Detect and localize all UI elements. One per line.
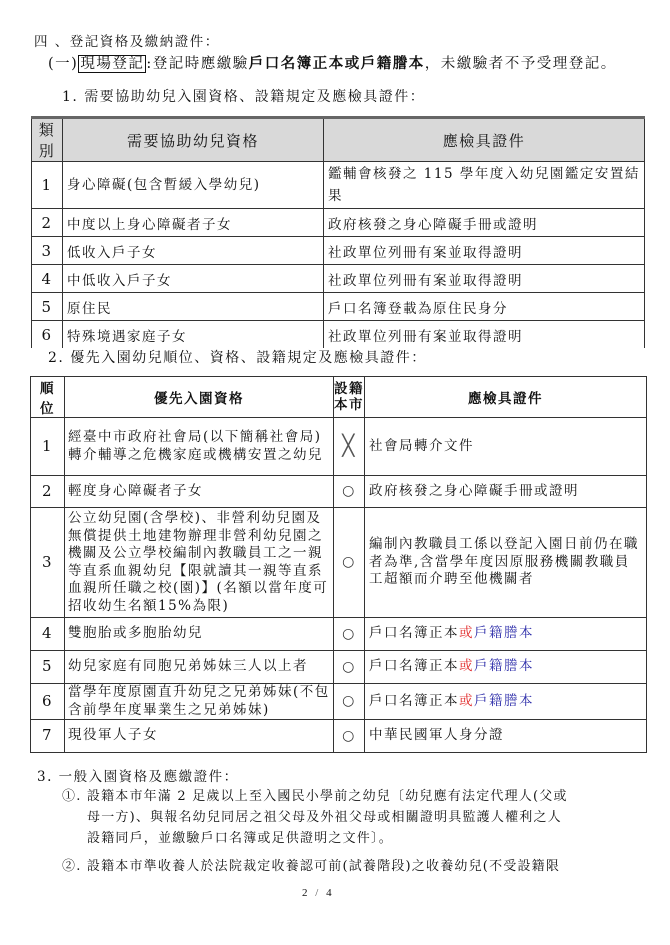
table-row: 5 幼兒家庭有同胞兄弟姊妹三人以上者 ○ 戶口名簿正本或戶籍謄本 bbox=[31, 651, 647, 684]
row-qualification: 中低收入戶子女 bbox=[63, 265, 324, 293]
row-documents: 社會局轉介文件 bbox=[365, 418, 647, 476]
row-documents: 戶口名簿正本或戶籍謄本 bbox=[365, 618, 647, 651]
page-current: 2 bbox=[302, 887, 308, 899]
row-documents: 中華民國軍人身分證 bbox=[365, 720, 647, 753]
row-num: 3 bbox=[32, 237, 63, 265]
row-num: 3 bbox=[31, 508, 65, 618]
general-item-1-line-3: 設籍同戶，並繳驗戶口名簿或足供證明之文件〕。 bbox=[87, 827, 393, 846]
row-documents: 政府核發之身心障礙手冊或證明 bbox=[365, 476, 647, 508]
required-circle-icon: ○ bbox=[342, 728, 356, 744]
page-separator: / bbox=[315, 887, 318, 899]
row-qualification: 低收入戶子女 bbox=[63, 237, 324, 265]
general-item-2-line-1: ②. 設籍本市準收養人於法院裁定收養認可前(試養階段)之收養幼兒(不受設籍限 bbox=[62, 855, 560, 874]
row-num: 2 bbox=[32, 209, 63, 237]
row-num: 5 bbox=[31, 651, 65, 684]
col-header-priority-qualification: 優先入園資格 bbox=[65, 377, 334, 418]
table-row: 4 雙胞胎或多胞胎幼兒 ○ 戶口名簿正本或戶籍謄本 bbox=[31, 618, 647, 651]
row-qualification: 當學年度原園直升幼兒之兄弟姊妹(不包含前學年度畢業生之兄弟姊妹) bbox=[65, 684, 334, 720]
required-circle-icon: ○ bbox=[342, 626, 356, 642]
table-row: 3 低收入戶子女 社政單位列冊有案並取得證明 bbox=[32, 237, 645, 265]
col-header-category: 類別 bbox=[32, 118, 63, 162]
general-item-1-line-1: ①. 設籍本市年滿 2 足歲以上至入國民小學前之幼兒〔幼兒應有法定代理人(父或 bbox=[62, 785, 568, 804]
col-header-qualification: 需要協助幼兒資格 bbox=[63, 118, 324, 162]
required-circle-icon: ○ bbox=[342, 554, 356, 570]
table-row: 3 公立幼兒園(含學校)、非營利幼兒園及無償提供土地建物辦理非營利幼兒園之機關及… bbox=[31, 508, 647, 618]
row-num: 2 bbox=[31, 476, 65, 508]
not-required-x-icon: ╳ bbox=[342, 433, 356, 457]
row-qualification: 身心障礙(包含暫緩入學幼兒) bbox=[63, 162, 324, 209]
row-documents: 戶口名簿登載為原住民身分 bbox=[324, 293, 645, 321]
col-header-documents: 應檢具證件 bbox=[324, 118, 645, 162]
row-qualification: 雙胞胎或多胞胎幼兒 bbox=[65, 618, 334, 651]
row-qualification: 原住民 bbox=[63, 293, 324, 321]
doc-household-register: 戶口名簿正本 bbox=[369, 625, 459, 641]
row-documents: 社政單位列冊有案並取得證明 bbox=[324, 321, 645, 349]
row-qualification: 輕度身心障礙者子女 bbox=[65, 476, 334, 508]
row-documents: 編制內教職員工係以登記入園日前仍在職者為準,含當學年度因原服務機關教職員工超額而… bbox=[365, 508, 647, 618]
doc-household-transcript: 戶籍謄本 bbox=[474, 658, 534, 674]
part2-title: 2. 優先入園幼兒順位、資格、設籍規定及應檢具證件： bbox=[48, 347, 427, 367]
row-num: 4 bbox=[31, 618, 65, 651]
row-documents: 社政單位列冊有案並取得證明 bbox=[324, 237, 645, 265]
assistance-qualification-table: 類別 需要協助幼兒資格 應檢具證件 1 身心障礙(包含暫緩入學幼兒) 鑑輔會核發… bbox=[31, 116, 645, 348]
col-header-documents: 應檢具證件 bbox=[365, 377, 647, 418]
subsection-text-b: ，未繳驗者不予受理登記。 bbox=[425, 56, 617, 72]
general-item-1-line-2: 母一方)、與報名幼兒同居之祖父母及外祖父母或相關證明具監護人權利之人 bbox=[87, 806, 562, 825]
row-documents: 政府核發之身心障礙手冊或證明 bbox=[324, 209, 645, 237]
row-qualification: 公立幼兒園(含學校)、非營利幼兒園及無償提供土地建物辦理非營利幼兒園之機關及公立… bbox=[65, 508, 334, 618]
row-num: 4 bbox=[32, 265, 63, 293]
section-heading: 四 、登記資格及繳納證件： bbox=[34, 30, 220, 50]
table-row: 6 當學年度原園直升幼兒之兄弟姊妹(不包含前學年度畢業生之兄弟姊妹) ○ 戶口名… bbox=[31, 684, 647, 720]
col-header-rank: 順位 bbox=[31, 377, 65, 418]
row-qualification: 幼兒家庭有同胞兄弟姊妹三人以上者 bbox=[65, 651, 334, 684]
row-qualification: 特殊境遇家庭子女 bbox=[63, 321, 324, 349]
row-num: 1 bbox=[31, 418, 65, 476]
subsection-required-docs: 戶口名簿正本或戶籍謄本 bbox=[249, 55, 425, 72]
subsection-text-a: :登記時應繳驗 bbox=[146, 56, 248, 72]
table-row: 6 特殊境遇家庭子女 社政單位列冊有案並取得證明 bbox=[32, 321, 645, 349]
priority-admission-table: 順位 優先入園資格 設籍本市 應檢具證件 1 經臺中市政府社會局(以下簡稱社會局… bbox=[30, 376, 647, 753]
required-circle-icon: ○ bbox=[342, 659, 356, 675]
row-qualification: 現役軍人子女 bbox=[65, 720, 334, 753]
row-documents: 戶口名簿正本或戶籍謄本 bbox=[365, 684, 647, 720]
required-circle-icon: ○ bbox=[342, 693, 356, 709]
row-qualification: 經臺中市政府社會局(以下簡稱社會局)轉介輔導之危機家庭或機構安置之幼兒 bbox=[65, 418, 334, 476]
table-row: 1 身心障礙(包含暫緩入學幼兒) 鑑輔會核發之 115 學年度入幼兒園鑑定安置結… bbox=[32, 162, 645, 209]
row-num: 6 bbox=[32, 321, 63, 349]
required-circle-icon: ○ bbox=[342, 483, 356, 499]
table-row: 2 中度以上身心障礙者子女 政府核發之身心障礙手冊或證明 bbox=[32, 209, 645, 237]
table-row: 7 現役軍人子女 ○ 中華民國軍人身分證 bbox=[31, 720, 647, 753]
row-num: 7 bbox=[31, 720, 65, 753]
part1-title: 1. 需要協助幼兒入園資格、設籍規定及應檢具證件： bbox=[62, 86, 425, 106]
row-qualification: 中度以上身心障礙者子女 bbox=[63, 209, 324, 237]
table-row: 1 經臺中市政府社會局(以下簡稱社會局)轉介輔導之危機家庭或機構安置之幼兒 ╳ … bbox=[31, 418, 647, 476]
doc-or: 或 bbox=[459, 693, 474, 709]
page-number: 2 / 4 bbox=[302, 887, 332, 899]
table-row: 5 原住民 戶口名簿登載為原住民身分 bbox=[32, 293, 645, 321]
page-total: 4 bbox=[326, 887, 332, 899]
row-documents: 鑑輔會核發之 115 學年度入幼兒園鑑定安置結果 bbox=[324, 162, 645, 209]
onsite-registration-label: 現場登記 bbox=[78, 55, 146, 73]
row-num: 6 bbox=[31, 684, 65, 720]
row-documents: 戶口名簿正本或戶籍謄本 bbox=[365, 651, 647, 684]
table-row: 4 中低收入戶子女 社政單位列冊有案並取得證明 bbox=[32, 265, 645, 293]
row-documents: 社政單位列冊有案並取得證明 bbox=[324, 265, 645, 293]
doc-or: 或 bbox=[459, 625, 474, 641]
doc-or: 或 bbox=[459, 658, 474, 674]
doc-household-transcript: 戶籍謄本 bbox=[474, 625, 534, 641]
row-num: 1 bbox=[32, 162, 63, 209]
col-header-city-registration: 設籍本市 bbox=[334, 377, 365, 418]
doc-household-register: 戶口名簿正本 bbox=[369, 693, 459, 709]
subsection-prefix: (一) bbox=[48, 56, 78, 72]
subsection-line: (一)現場登記:登記時應繳驗戶口名簿正本或戶籍謄本，未繳驗者不予受理登記。 bbox=[48, 52, 617, 73]
part3-title: 3. 一般入園資格及應繳證件： bbox=[37, 765, 239, 785]
row-num: 5 bbox=[32, 293, 63, 321]
table-row: 2 輕度身心障礙者子女 ○ 政府核發之身心障礙手冊或證明 bbox=[31, 476, 647, 508]
doc-household-transcript: 戶籍謄本 bbox=[474, 693, 534, 709]
doc-household-register: 戶口名簿正本 bbox=[369, 658, 459, 674]
table-header-row: 順位 優先入園資格 設籍本市 應檢具證件 bbox=[31, 377, 647, 418]
table-header-row: 類別 需要協助幼兒資格 應檢具證件 bbox=[32, 118, 645, 162]
